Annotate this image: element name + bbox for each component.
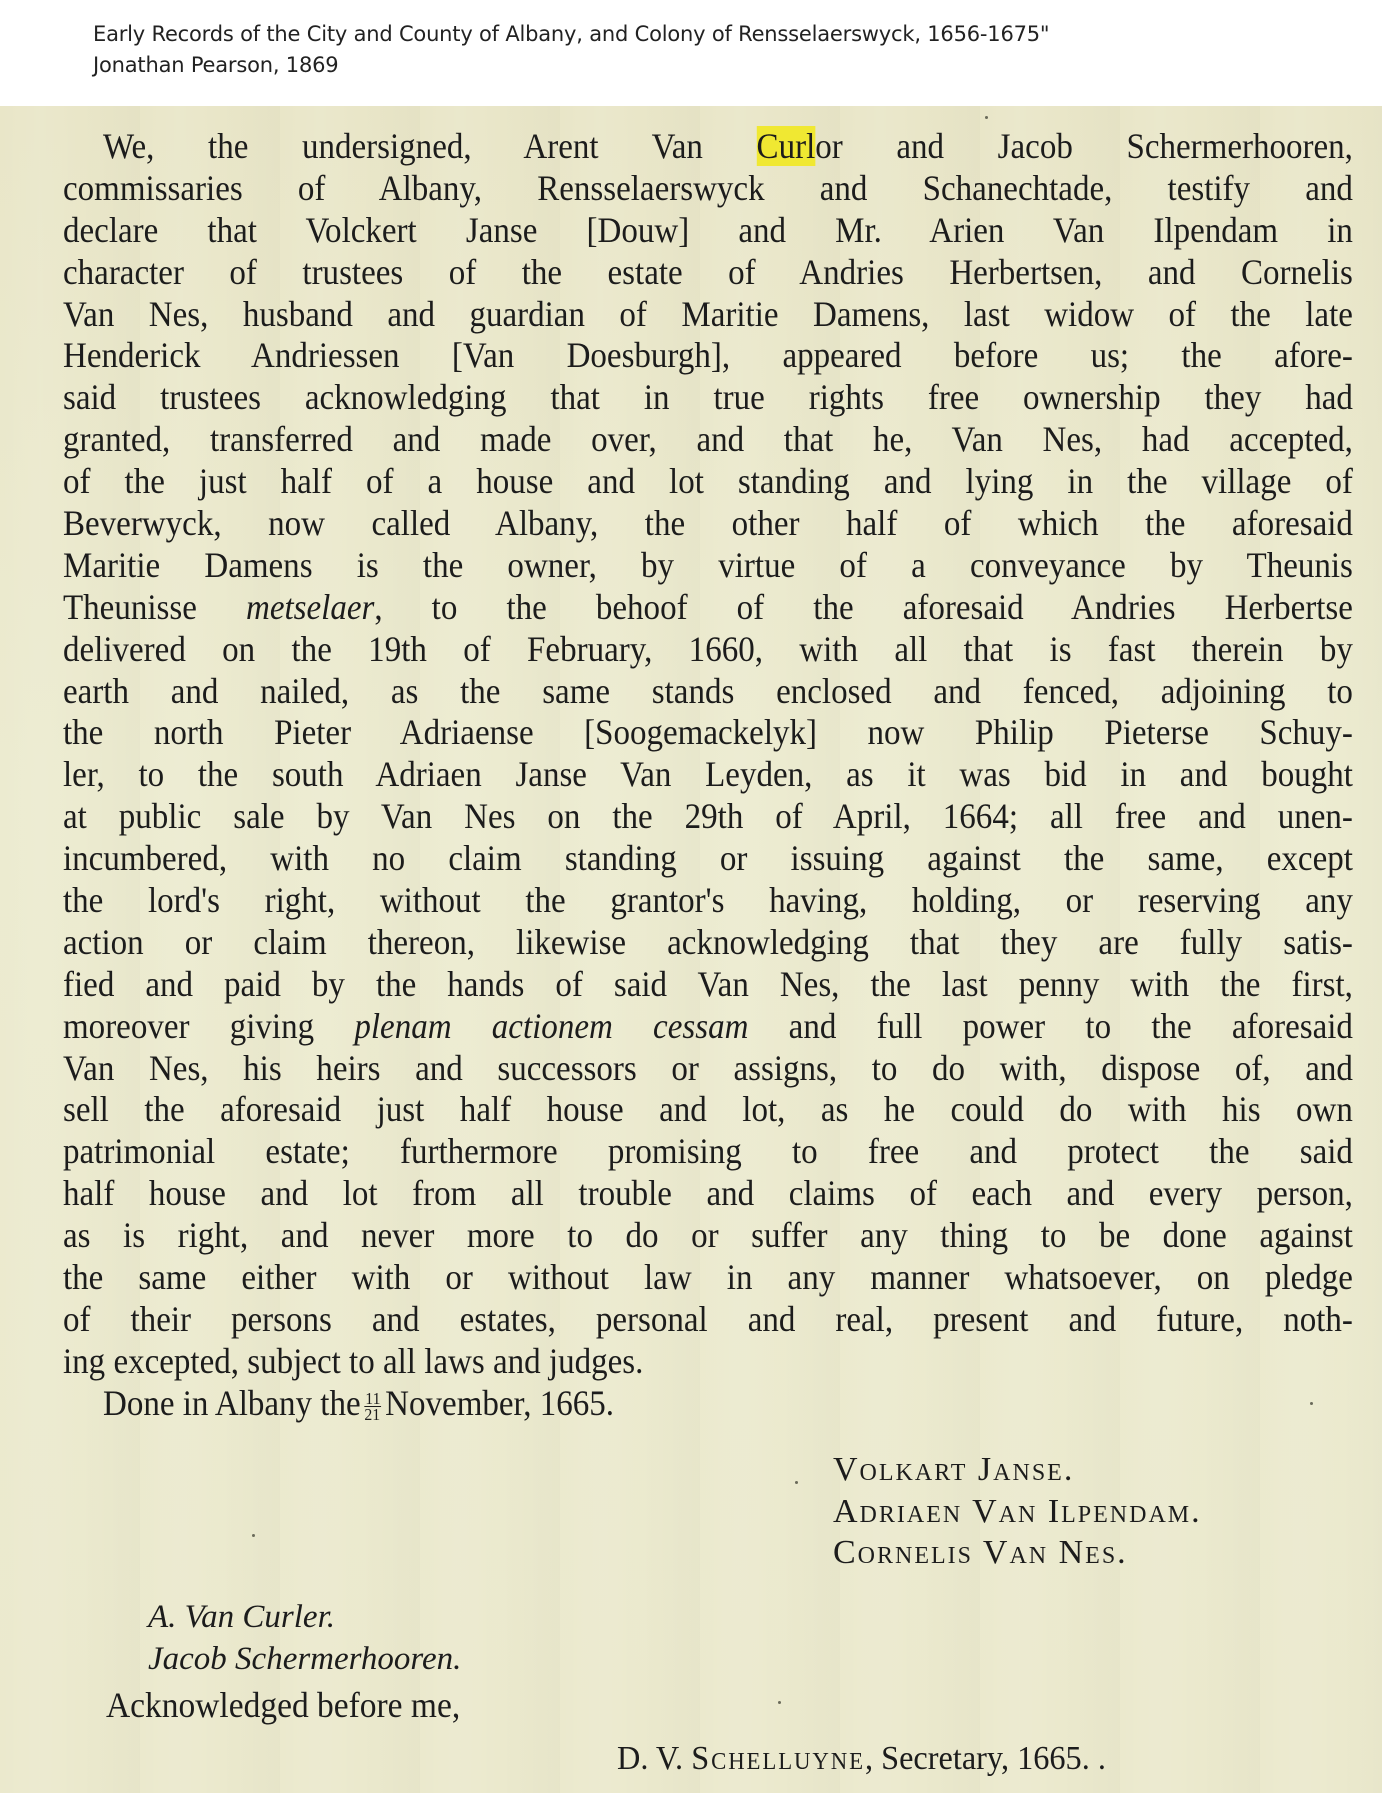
text-line: character of trustees of the estate of A… (63, 252, 1353, 294)
signatory-cornelis-van-nes: Cornelis Van Nes. (833, 1534, 1128, 1572)
dated-line: Done in Albany the1121November, 1665. (63, 1383, 1263, 1425)
text-line: Henderick Andriessen [Van Doesburgh], ap… (63, 335, 1353, 377)
italic-term: plenam actionem cessam (354, 1006, 748, 1046)
search-highlight: Curl (757, 126, 816, 166)
text-line: as is right, and never more to do or suf… (63, 1215, 1353, 1257)
author-line: Jonathan Pearson, 1869 (93, 53, 338, 77)
signatory-a-van-curler: A. Van Curler. (148, 1599, 335, 1636)
text-line: commissaries of Albany, Rensselaerswyck … (63, 168, 1353, 210)
text-line: of their persons and estates, personal a… (63, 1299, 1353, 1341)
scan-speck (985, 116, 988, 119)
text-line: action or claim thereon, likewise acknow… (63, 922, 1353, 964)
text-line: sell the aforesaid just half house and l… (63, 1089, 1353, 1131)
signatory-jacob-schermerhooren: Jacob Schermerhooren. (148, 1641, 461, 1678)
text-line: earth and nailed, as the same stands enc… (63, 671, 1353, 713)
text-line: delivered on the 19th of February, 1660,… (63, 629, 1353, 671)
text-line: half house and lot from all trouble and … (63, 1173, 1353, 1215)
scan-speck (778, 1701, 781, 1704)
text-line: of the just half of a house and lot stan… (63, 461, 1353, 503)
text-line: the lord's right, without the grantor's … (63, 880, 1353, 922)
source-citation-header: Early Records of the City and County of … (0, 0, 1386, 106)
signatory-adriaen-van-ilpendam: Adriaen Van Ilpendam. (833, 1493, 1202, 1531)
scanned-page: We, the undersigned, Arent Van Curlor an… (0, 106, 1382, 1793)
scan-speck (1310, 1402, 1313, 1405)
book-title: Early Records of the City and County of … (93, 22, 1049, 46)
scan-speck (795, 1481, 798, 1484)
secretary-name: Schelluyne (691, 1740, 865, 1777)
secretary-attestation: D. V. Schelluyne, Secretary, 1665. . (617, 1740, 1106, 1778)
text-line: granted, transferred and made over, and … (63, 419, 1353, 461)
acknowledgement-line: Acknowledged before me, (106, 1684, 460, 1726)
date-fraction: 1121 (364, 1391, 381, 1422)
text-line: the north Pieter Adriaense [Soogemackely… (63, 712, 1353, 754)
scan-speck (252, 1534, 255, 1537)
deed-text: We, the undersigned, Arent Van Curlor an… (63, 126, 1263, 1425)
text-line: said trustees acknowledging that in true… (63, 377, 1353, 419)
text-line: Beverwyck, now called Albany, the other … (63, 503, 1353, 545)
text-line: ler, to the south Adriaen Janse Van Leyd… (63, 754, 1353, 796)
text-line: declare that Volckert Janse [Douw] and M… (63, 210, 1353, 252)
text-line: incumbered, with no claim standing or is… (63, 838, 1353, 880)
text-line: Van Nes, husband and guardian of Maritie… (63, 294, 1353, 336)
text-line: fied and paid by the hands of said Van N… (63, 964, 1353, 1006)
text-line: the same either with or without law in a… (63, 1257, 1353, 1299)
text-line: Maritie Damens is the owner, by virtue o… (63, 545, 1353, 587)
text-line: We, the undersigned, Arent Van Curlor an… (63, 126, 1353, 168)
signatory-volkart-janse: Volkart Janse. (833, 1451, 1074, 1489)
italic-term: metselaer (246, 587, 374, 627)
text-line: Theunisse metselaer, to the behoof of th… (63, 587, 1353, 629)
text-line: moreover giving plenam actionem cessam a… (63, 1006, 1353, 1048)
text-line: patrimonial estate; furthermore promisin… (63, 1131, 1353, 1173)
text-line: at public sale by Van Nes on the 29th of… (63, 796, 1353, 838)
text-line: Van Nes, his heirs and successors or ass… (63, 1048, 1353, 1090)
text-line: ing excepted, subject to all laws and ju… (63, 1341, 1353, 1383)
